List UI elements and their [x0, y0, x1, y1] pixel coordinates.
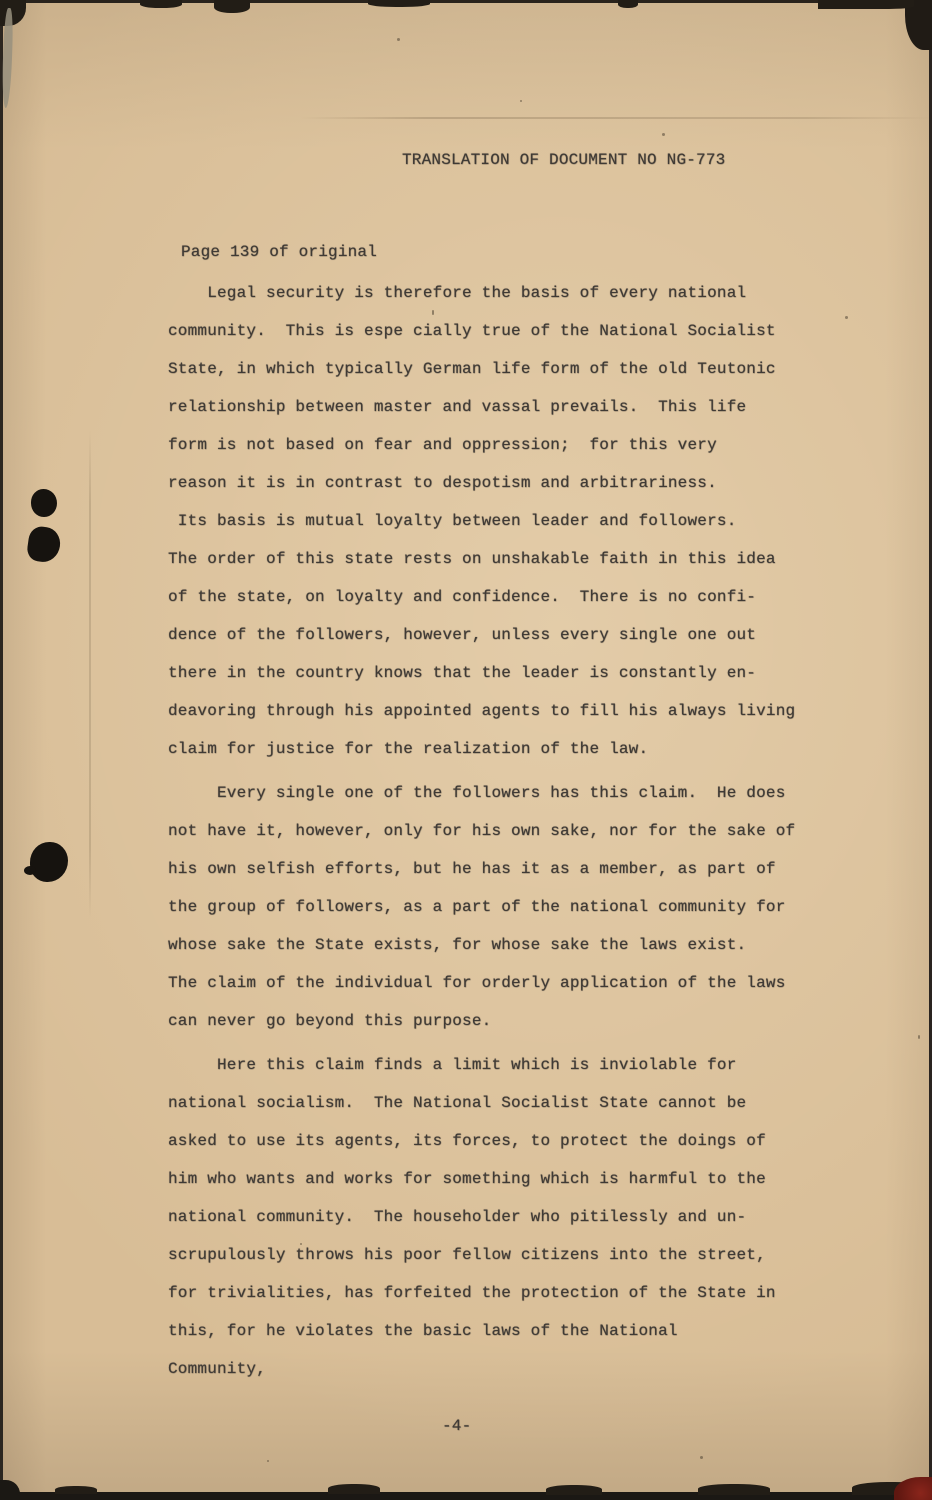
body-line: Here this claim finds a limit which is i…	[168, 1046, 808, 1084]
body-line: can never go beyond this purpose.	[168, 1002, 808, 1040]
body-line: Community,	[168, 1350, 808, 1388]
body-line: there in the country knows that the lead…	[168, 654, 808, 692]
scan-edge-bump	[618, 0, 638, 8]
scan-edge-bump	[368, 0, 430, 7]
paper-speck	[397, 38, 400, 41]
horizontal-crease	[300, 117, 932, 119]
scan-edge-bottom	[0, 1492, 932, 1500]
vertical-crease	[89, 430, 91, 920]
body-line: reason it is in contrast to despotism an…	[168, 464, 808, 502]
body-line: Its basis is mutual loyalty between lead…	[168, 502, 808, 540]
body-line: him who wants and works for something wh…	[168, 1160, 808, 1198]
body-line: dence of the followers, however, unless …	[168, 616, 808, 654]
paper-speck	[845, 316, 848, 319]
body-line: of the state, on loyalty and confidence.…	[168, 578, 808, 616]
scan-edge-bump	[214, 0, 250, 13]
ink-blot	[30, 842, 68, 882]
scan-edge-bump	[328, 1484, 380, 1494]
body-line: not have it, however, only for his own s…	[168, 812, 808, 850]
paper-speck	[520, 100, 522, 102]
scanned-document-page: TRANSLATION OF DOCUMENT NO NG-773 Page 1…	[0, 0, 932, 1500]
body-line: deavoring through his appointed agents t…	[168, 692, 808, 730]
paper-speck	[662, 133, 665, 136]
body-line: this, for he violates the basic laws of …	[168, 1312, 808, 1350]
body-line: his own selfish efforts, but he has it a…	[168, 850, 808, 888]
ink-blot-tail	[24, 866, 36, 875]
body-line: asked to use its agents, its forces, to …	[168, 1122, 808, 1160]
paper-speck	[432, 310, 434, 315]
paper-speck	[918, 1035, 920, 1039]
paper-speck	[700, 1456, 703, 1459]
document-body: Legal security is therefore the basis of…	[168, 274, 808, 1388]
body-line: community. This is espe cially true of t…	[168, 312, 808, 350]
body-line: form is not based on fear and oppression…	[168, 426, 808, 464]
red-mark	[894, 1477, 932, 1500]
body-line: national community. The householder who …	[168, 1198, 808, 1236]
body-line: State, in which typically German life fo…	[168, 350, 808, 388]
body-line: whose sake the State exists, for whose s…	[168, 926, 808, 964]
ink-blot	[26, 525, 63, 564]
scan-edge-bump	[818, 0, 914, 9]
body-line: the group of followers, as a part of the…	[168, 888, 808, 926]
scan-corner-bottom-left	[0, 1480, 20, 1500]
scan-edge-bump	[546, 1485, 602, 1495]
body-line: claim for justice for the realization of…	[168, 730, 808, 768]
scan-edge-bump	[55, 1486, 97, 1494]
body-line: scrupulously throws his poor fellow citi…	[168, 1236, 808, 1274]
scan-edge-bump	[698, 1484, 770, 1495]
body-line: national socialism. The National Sociali…	[168, 1084, 808, 1122]
page-number: -4-	[442, 1414, 471, 1438]
body-line: relationship between master and vassal p…	[168, 388, 808, 426]
scan-corner-top-left	[0, 0, 26, 26]
scan-edge-bump	[140, 0, 182, 8]
body-line: The order of this state rests on unshaka…	[168, 540, 808, 578]
body-line: The claim of the individual for orderly …	[168, 964, 808, 1002]
page-reference: Page 139 of original	[181, 240, 377, 264]
paper-speck	[300, 1243, 302, 1245]
body-line: Legal security is therefore the basis of…	[168, 274, 808, 312]
body-line: Every single one of the followers has th…	[168, 774, 808, 812]
scan-edge-left	[0, 0, 3, 1500]
body-line: for trivialities, has forfeited the prot…	[168, 1274, 808, 1312]
document-title: TRANSLATION OF DOCUMENT NO NG-773	[402, 148, 725, 172]
ink-blot	[31, 489, 57, 517]
paper-speck	[267, 1460, 269, 1462]
